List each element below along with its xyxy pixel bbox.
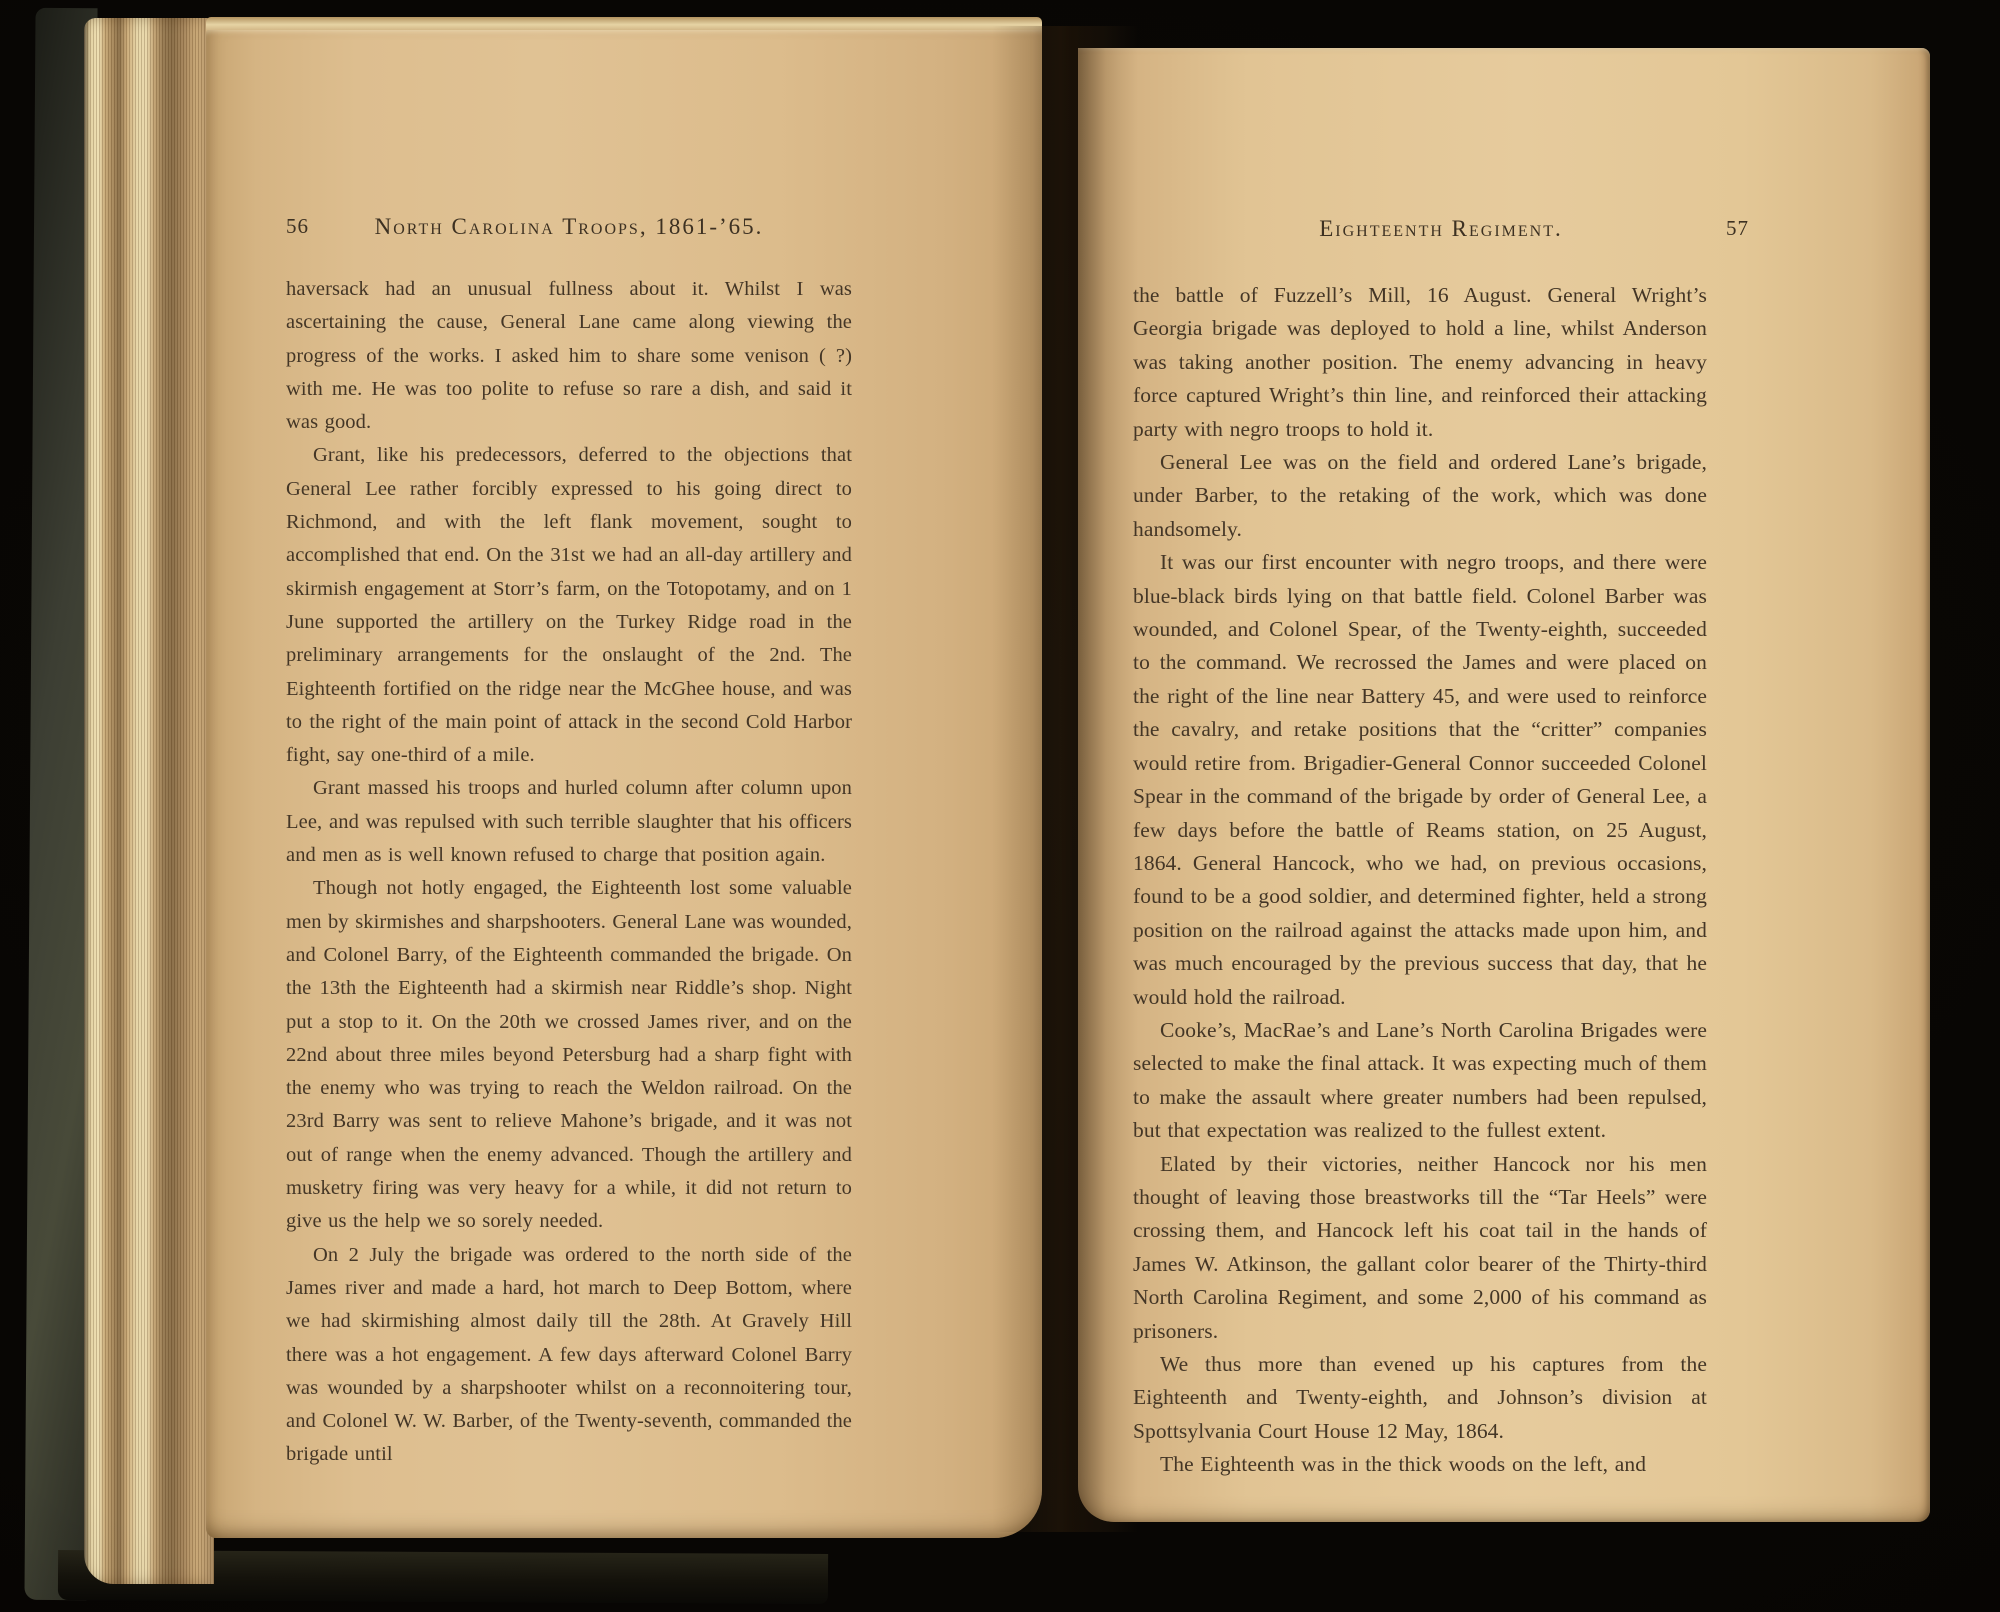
left-running-head: 56 North Carolina Troops, 1861-’65. [286, 214, 852, 240]
right-running-title: Eighteenth Regiment. [1133, 216, 1749, 242]
paragraph: On 2 July the brigade was ordered to the… [286, 1239, 852, 1472]
paragraph: We thus more than evened up his captures… [1133, 1348, 1707, 1448]
paragraph: the battle of Fuzzell’s Mill, 16 August.… [1133, 279, 1707, 446]
right-page-number: 57 [1726, 216, 1749, 241]
right-running-head: Eighteenth Regiment. 57 [1133, 216, 1749, 242]
paragraph: General Lee was on the field and ordered… [1133, 446, 1707, 546]
paragraph: haversack had an unusual fullness about … [286, 273, 852, 439]
paragraph: Grant, like his predecessors, deferred t… [286, 439, 852, 772]
page-edge-stack [84, 18, 214, 1584]
book-photo: 56 North Carolina Troops, 1861-’65. have… [0, 0, 2000, 1612]
paragraph: It was our first encounter with negro tr… [1133, 546, 1707, 1014]
paragraph: Grant massed his troops and hurled colum… [286, 772, 852, 872]
paragraph: Though not hotly engaged, the Eighteenth… [286, 872, 852, 1238]
right-page-text: the battle of Fuzzell’s Mill, 16 August.… [1133, 279, 1707, 1482]
paragraph: The Eighteenth was in the thick woods on… [1133, 1448, 1707, 1481]
left-page: 56 North Carolina Troops, 1861-’65. have… [206, 30, 1042, 1538]
right-page: Eighteenth Regiment. 57 the battle of Fu… [1078, 48, 1930, 1522]
paragraph: Cooke’s, MacRae’s and Lane’s North Carol… [1133, 1014, 1707, 1148]
left-running-title: North Carolina Troops, 1861-’65. [286, 214, 852, 240]
left-page-text: haversack had an unusual fullness about … [286, 273, 852, 1472]
left-page-number: 56 [286, 214, 309, 239]
paragraph: Elated by their victories, neither Hanco… [1133, 1148, 1707, 1348]
